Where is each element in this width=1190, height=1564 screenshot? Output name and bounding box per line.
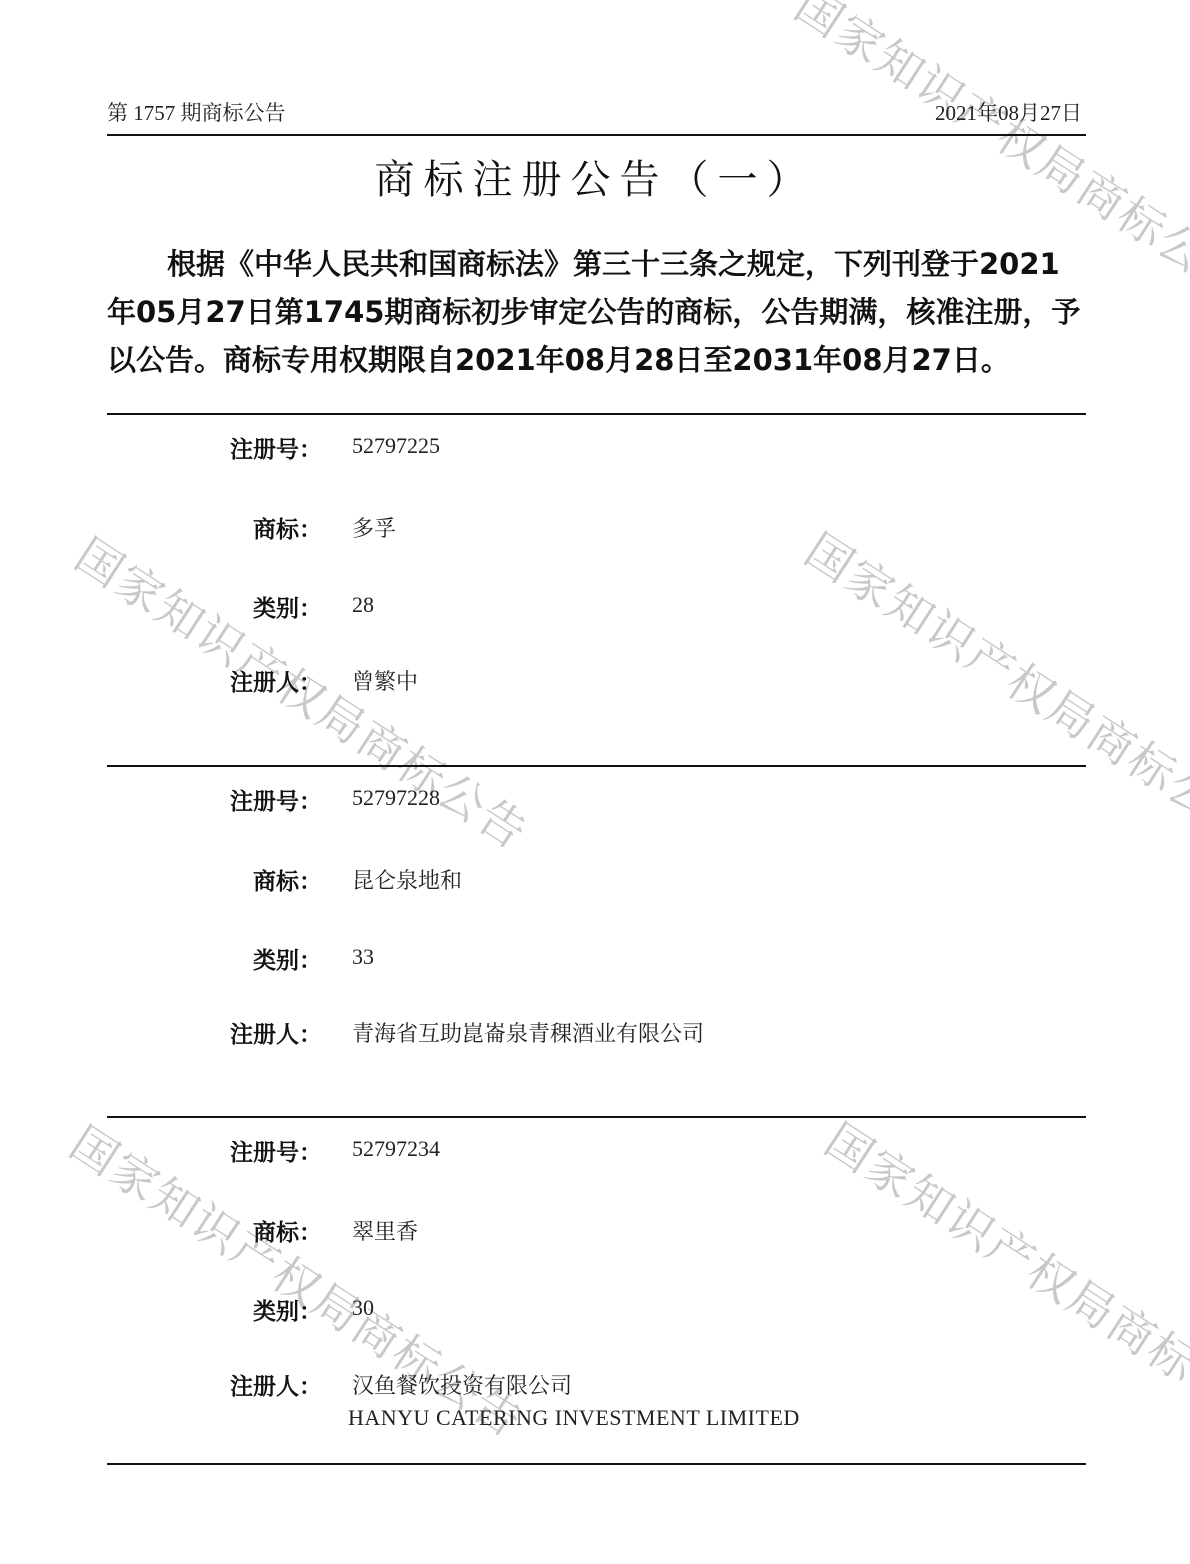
reg-no-label: 注册号： xyxy=(107,431,322,464)
registrant-label: 注册人： xyxy=(107,1368,322,1401)
intro-paragraph: 根据《中华人民共和国商标法》第三十三条之规定，下列刊登于2021年05月27日第… xyxy=(107,240,1087,384)
class-value: 28 xyxy=(352,592,374,618)
class-value: 30 xyxy=(352,1295,374,1321)
entry-divider xyxy=(107,1116,1086,1118)
mark-value: 昆仑泉地和 xyxy=(352,864,462,895)
class-label: 类别： xyxy=(107,590,322,623)
class-value: 33 xyxy=(352,944,374,970)
entry-divider xyxy=(107,413,1086,415)
registrant-english-value: HANYU CATERING INVESTMENT LIMITED xyxy=(348,1405,800,1431)
publication-date: 2021年08月27日 xyxy=(935,97,1082,127)
registrant-label: 注册人： xyxy=(107,664,322,697)
mark-label: 商标： xyxy=(107,863,322,896)
reg-no-value: 52797228 xyxy=(352,785,440,811)
mark-value: 多孚 xyxy=(352,512,396,543)
class-label: 类别： xyxy=(107,942,322,975)
registrant-value: 青海省互助崑崙泉青稞酒业有限公司 xyxy=(352,1017,704,1048)
mark-label: 商标： xyxy=(107,1214,322,1247)
footer-divider xyxy=(107,1463,1086,1465)
reg-no-value: 52797225 xyxy=(352,433,440,459)
class-label: 类别： xyxy=(107,1293,322,1326)
mark-value: 翠里香 xyxy=(352,1215,418,1246)
header-divider xyxy=(107,134,1086,136)
registrant-value: 汉鱼餐饮投资有限公司 xyxy=(352,1369,572,1400)
page-title: 商标注册公告（一） xyxy=(0,148,1190,205)
reg-no-label: 注册号： xyxy=(107,1134,322,1167)
reg-no-value: 52797234 xyxy=(352,1136,440,1162)
mark-label: 商标： xyxy=(107,511,322,544)
entry-divider xyxy=(107,765,1086,767)
registrant-value: 曾繁中 xyxy=(352,665,418,696)
reg-no-label: 注册号： xyxy=(107,783,322,816)
watermark-right-bottom: 国家知识产权局商标公告 xyxy=(814,1105,1190,1448)
watermark-right-middle: 国家知识产权局商标公告 xyxy=(794,515,1190,858)
registrant-label: 注册人： xyxy=(107,1016,322,1049)
issue-number: 第 1757 期商标公告 xyxy=(107,97,286,127)
